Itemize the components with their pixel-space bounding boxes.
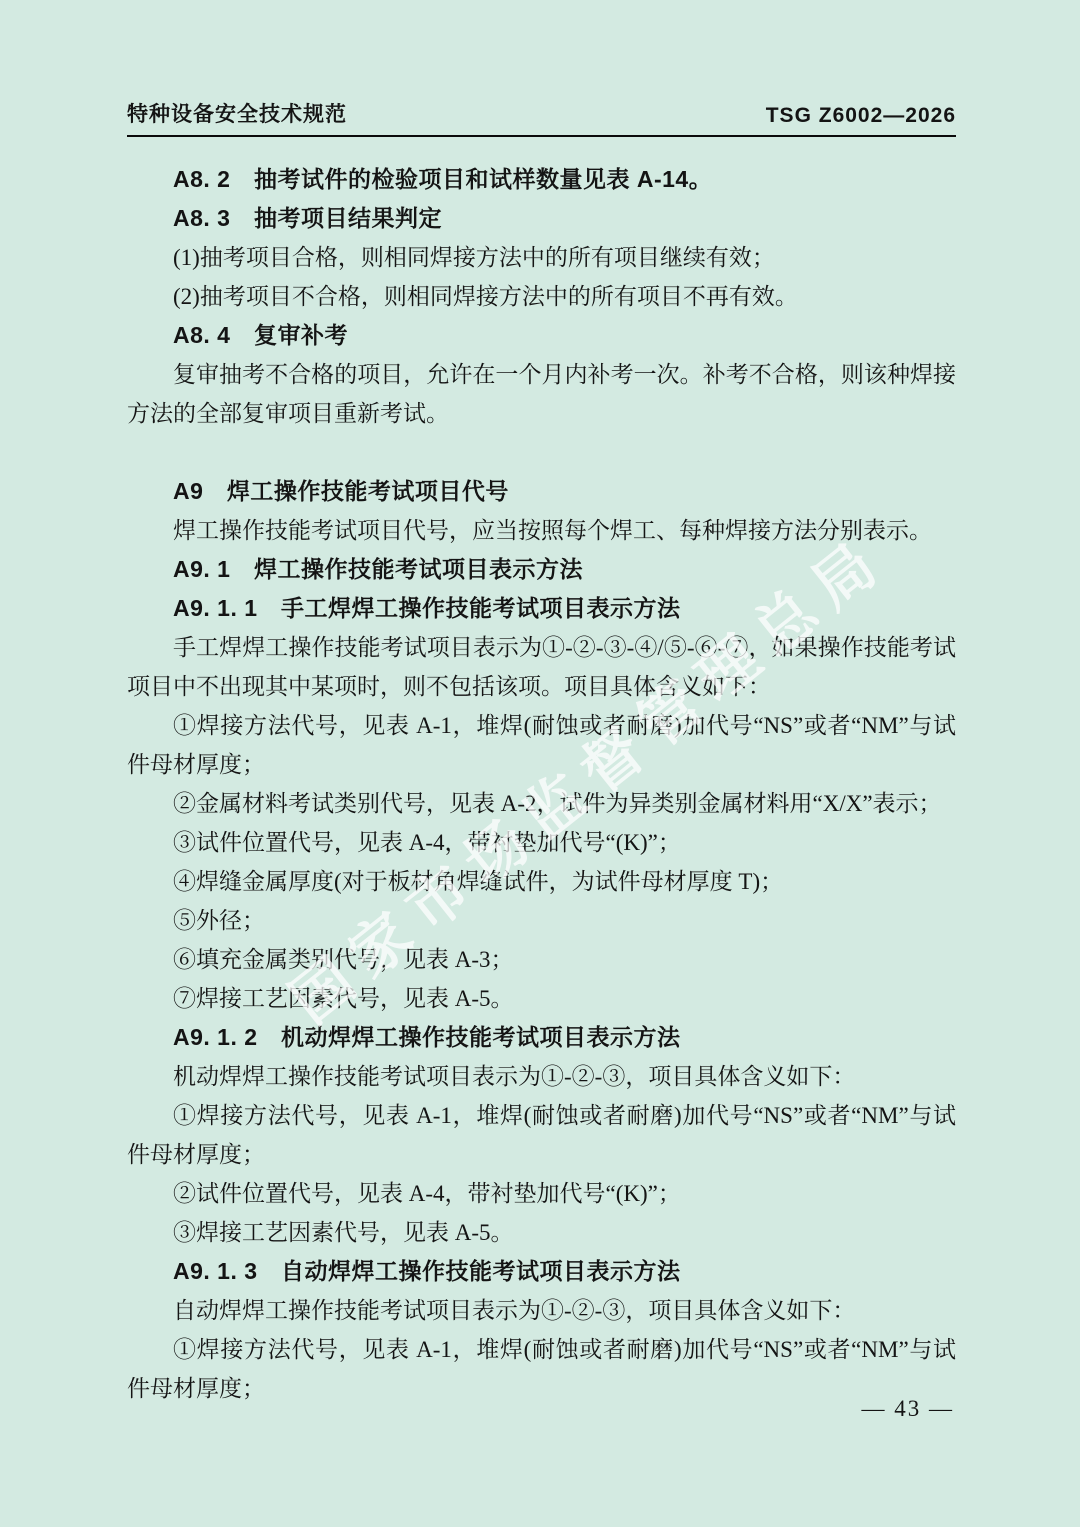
paragraph: ④焊缝金属厚度(对于板材角焊缝试件，为试件母材厚度 T)； <box>127 862 956 901</box>
section-heading: A8. 4 复审补考 <box>127 316 956 355</box>
paragraph: (2)抽考项目不合格，则相同焊接方法中的所有项目不再有效。 <box>127 277 956 316</box>
paragraph: ①焊接方法代号，见表 A-1，堆焊(耐蚀或者耐磨)加代号“NS”或者“NM”与试… <box>127 1096 956 1174</box>
paragraph: ③焊接工艺因素代号，见表 A-5。 <box>127 1213 956 1252</box>
section-heading: A9. 1 焊工操作技能考试项目表示方法 <box>127 550 956 589</box>
section-heading: A9. 1. 1 手工焊焊工操作技能考试项目表示方法 <box>127 589 956 628</box>
paragraph: ⑤外径； <box>127 901 956 940</box>
document-body: A8. 2 抽考试件的检验项目和试样数量见表 A-14。 A8. 3 抽考项目结… <box>127 160 956 1408</box>
paragraph: ②金属材料考试类别代号，见表 A-2，试件为异类别金属材料用“X/X”表示； <box>127 784 956 823</box>
page-header: 特种设备安全技术规范 TSG Z6002—2026 <box>127 98 956 137</box>
paragraph: ⑥填充金属类别代号，见表 A-3； <box>127 940 956 979</box>
paragraph: 自动焊焊工操作技能考试项目表示为①-②-③，项目具体含义如下： <box>127 1291 956 1330</box>
paragraph: ①焊接方法代号，见表 A-1，堆焊(耐蚀或者耐磨)加代号“NS”或者“NM”与试… <box>127 706 956 784</box>
paragraph: ⑦焊接工艺因素代号，见表 A-5。 <box>127 979 956 1018</box>
header-right-code: TSG Z6002—2026 <box>766 104 956 128</box>
section-heading: A8. 2 抽考试件的检验项目和试样数量见表 A-14。 <box>127 160 956 199</box>
paragraph: 机动焊焊工操作技能考试项目表示为①-②-③，项目具体含义如下： <box>127 1057 956 1096</box>
paragraph: ③试件位置代号，见表 A-4，带衬垫加代号“(K)”； <box>127 823 956 862</box>
section-heading: A9 焊工操作技能考试项目代号 <box>127 472 956 511</box>
paragraph: (1)抽考项目合格，则相同焊接方法中的所有项目继续有效； <box>127 238 956 277</box>
page-number: — 43 — <box>862 1396 955 1422</box>
section-heading: A8. 3 抽考项目结果判定 <box>127 199 956 238</box>
section-heading: A9. 1. 3 自动焊焊工操作技能考试项目表示方法 <box>127 1252 956 1291</box>
header-left-title: 特种设备安全技术规范 <box>127 98 347 128</box>
paragraph: ②试件位置代号，见表 A-4，带衬垫加代号“(K)”； <box>127 1174 956 1213</box>
paragraph: 复审抽考不合格的项目，允许在一个月内补考一次。补考不合格，则该种焊接方法的全部复… <box>127 355 956 433</box>
document-page: 特种设备安全技术规范 TSG Z6002—2026 国家市场监督管理总局 A8.… <box>0 0 1080 1527</box>
paragraph: 手工焊焊工操作技能考试项目表示为①-②-③-④/⑤-⑥-⑦，如果操作技能考试项目… <box>127 628 956 706</box>
paragraph: ①焊接方法代号，见表 A-1，堆焊(耐蚀或者耐磨)加代号“NS”或者“NM”与试… <box>127 1330 956 1408</box>
paragraph: 焊工操作技能考试项目代号，应当按照每个焊工、每种焊接方法分别表示。 <box>127 511 956 550</box>
section-heading: A9. 1. 2 机动焊焊工操作技能考试项目表示方法 <box>127 1018 956 1057</box>
